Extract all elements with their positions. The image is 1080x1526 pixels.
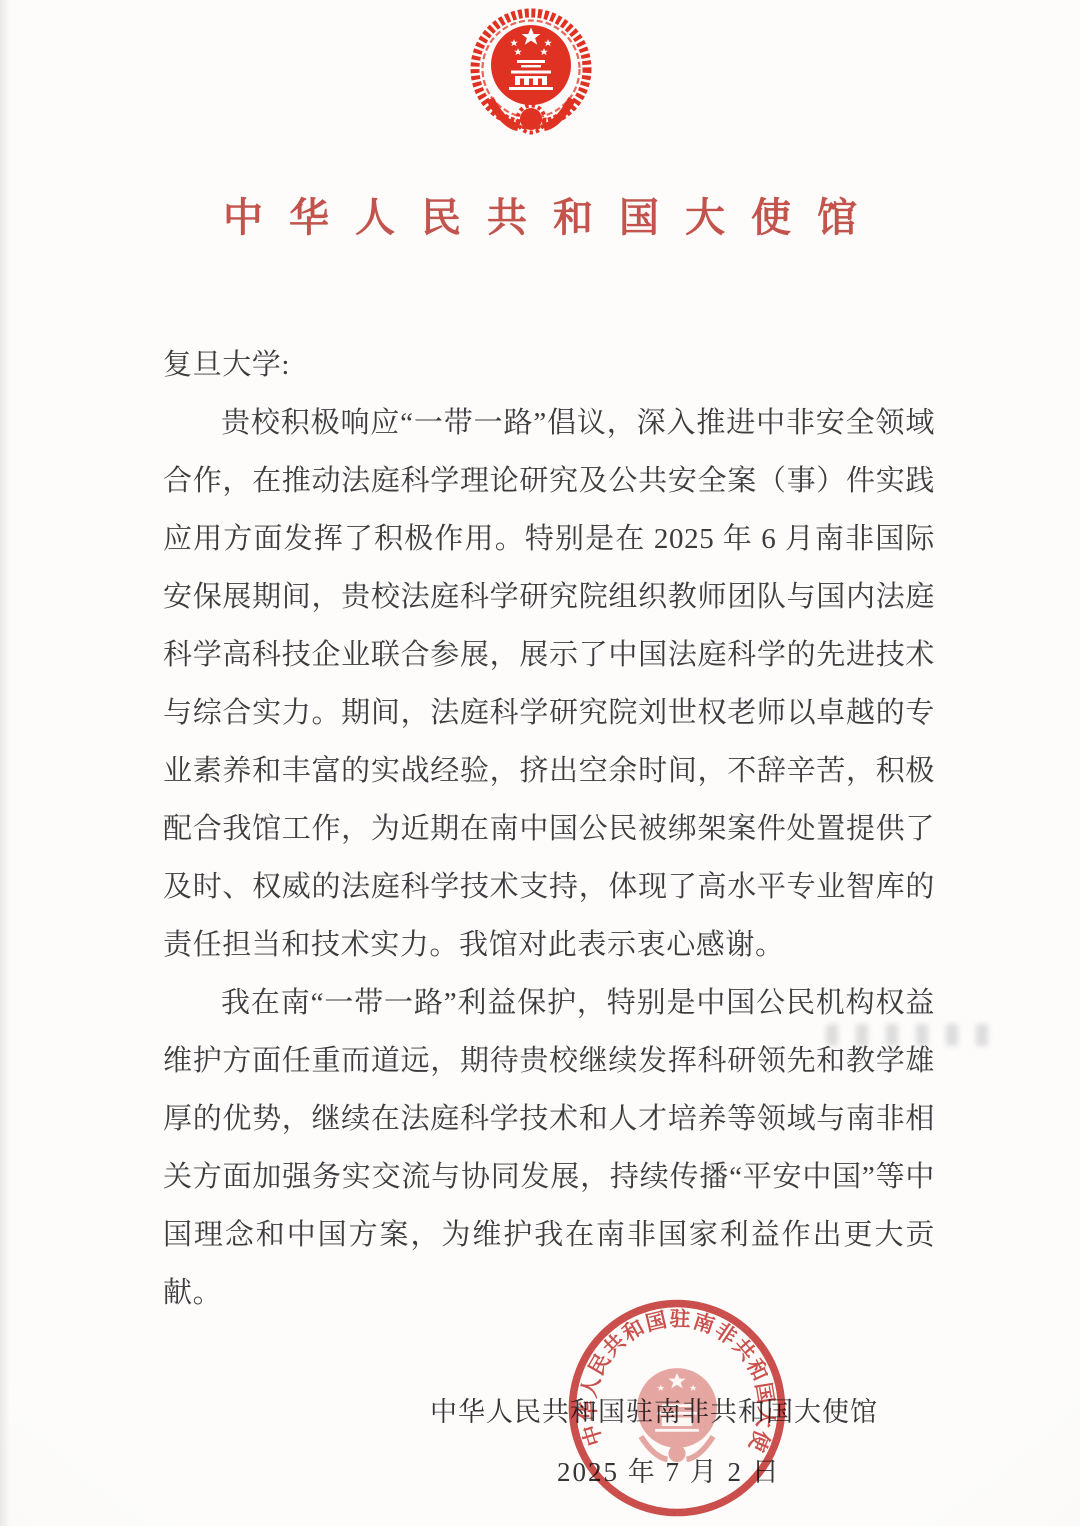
letterhead-title: 中华人民共和国大使馆 xyxy=(0,186,1080,243)
letter-body: 复旦大学: 贵校积极响应“一带一路”倡议，深入推进中非安全领域合作，在推动法庭科… xyxy=(163,336,935,1322)
embassy-seal-stamp-icon: 中华人民共和国驻南非共和国大使馆 xyxy=(563,1294,791,1522)
paragraph-1: 贵校积极响应“一带一路”倡议，深入推进中非安全领域合作，在推动法庭科学理论研究及… xyxy=(163,394,935,974)
paragraph-2: 我在南“一带一路”利益保护，特别是中国公民机构权益维护方面任重而道远，期待贵校继… xyxy=(163,974,935,1322)
scan-artifact-smudge xyxy=(826,1024,996,1046)
scanned-letter-page: 中华人民共和国大使馆 复旦大学: 贵校积极响应“一带一路”倡议，深入推进中非安全… xyxy=(0,0,1080,1526)
national-emblem-icon xyxy=(468,6,594,144)
salutation: 复旦大学: xyxy=(163,336,935,394)
